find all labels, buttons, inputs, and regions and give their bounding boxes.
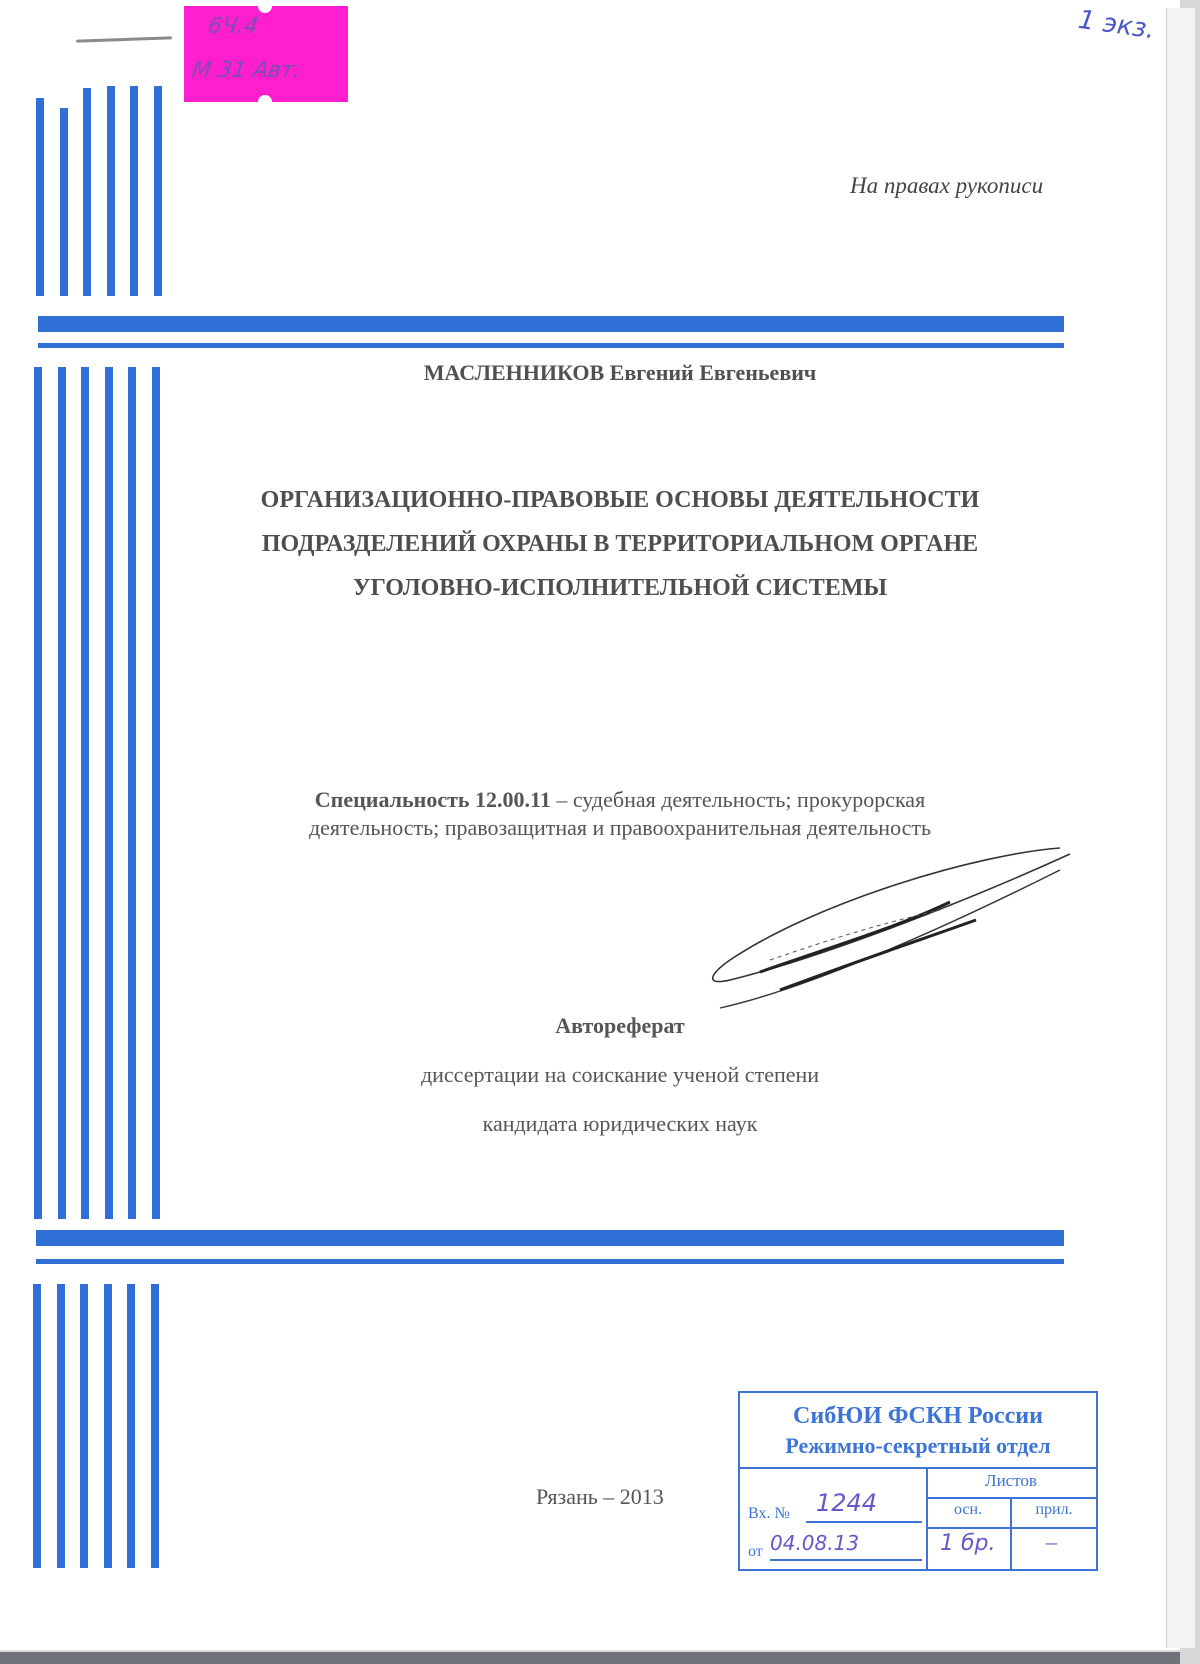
- decorative-rule-thin-bottom: [36, 1259, 1064, 1264]
- abstract-subtitle-line1: диссертации на соискание ученой степени: [0, 1062, 1180, 1088]
- author-name: МАСЛЕННИКОВ Евгений Евгеньевич: [0, 360, 1180, 386]
- abstract-title: Автореферат: [0, 1013, 1180, 1039]
- sticker-notch: [258, 0, 272, 13]
- scanner-bottom-edge: [0, 1652, 1180, 1664]
- stamp-main-sheets: 1 бр.: [940, 1531, 996, 1556]
- stamp-department: Режимно-секретный отдел: [740, 1433, 1096, 1459]
- specialty-block: Специальность 12.00.11 – судебная деятел…: [0, 786, 1180, 842]
- stamp-incoming-number: 1244: [816, 1489, 877, 1517]
- handwritten-copy-note: 1 экз.: [1076, 5, 1156, 45]
- abstract-subtitle-line2: кандидата юридических наук: [0, 1111, 1180, 1137]
- manuscript-rights-note: На правах рукописи: [850, 173, 1043, 199]
- city-year: Рязань – 2013: [536, 1484, 664, 1510]
- specialty-text-line2: деятельность; правозащитная и правоохран…: [60, 814, 1180, 842]
- signature: [700, 840, 1080, 1020]
- stamp-appendix-sheets: –: [1046, 1529, 1057, 1555]
- page-stack-edge: [1166, 8, 1195, 1648]
- specialty-label: Специальность 12.00.11: [315, 787, 551, 812]
- title-line: ПОДРАЗДЕЛЕНИЙ ОХРАНЫ В ТЕРРИТОРИАЛЬНОМ О…: [60, 522, 1180, 566]
- decorative-rule-thin-top: [38, 343, 1064, 348]
- specialty-text: – судебная деятельность; прокурорская: [551, 787, 925, 812]
- document-page: 6Ч.4 М 31 Авт. 1 экз. На правах рукописи…: [0, 0, 1180, 1650]
- title-line: ОРГАНИЗАЦИОННО-ПРАВОВЫЕ ОСНОВЫ ДЕЯТЕЛЬНО…: [60, 478, 1180, 522]
- stamp-main-label: осн.: [926, 1501, 1010, 1519]
- price-tag-line2: М 31 Авт.: [190, 58, 303, 83]
- decorative-rule-thick-bottom: [36, 1230, 1064, 1246]
- registry-stamp: СибЮИ ФСКН России Режимно-секретный отде…: [738, 1391, 1098, 1571]
- stamp-from-label: от: [748, 1543, 763, 1561]
- price-tag-sticker: 6Ч.4 М 31 Авт.: [184, 6, 348, 102]
- dissertation-title: ОРГАНИЗАЦИОННО-ПРАВОВЫЕ ОСНОВЫ ДЕЯТЕЛЬНО…: [0, 478, 1180, 610]
- title-line: УГОЛОВНО-ИСПОЛНИТЕЛЬНОЙ СИСТЕМЫ: [60, 566, 1180, 610]
- stamp-organization: СибЮИ ФСКН России: [740, 1403, 1096, 1430]
- stamp-date: 04.08.13: [770, 1531, 859, 1555]
- stamp-incoming-label: Вх. №: [748, 1505, 790, 1523]
- stamp-appendix-label: прил.: [1012, 1501, 1096, 1519]
- decorative-rule-thick-top: [38, 316, 1064, 332]
- sticker-notch: [258, 95, 272, 109]
- stamp-sheets-label: Листов: [926, 1471, 1096, 1491]
- price-tag-line1: 6Ч.4: [206, 14, 260, 39]
- staple: [76, 36, 172, 42]
